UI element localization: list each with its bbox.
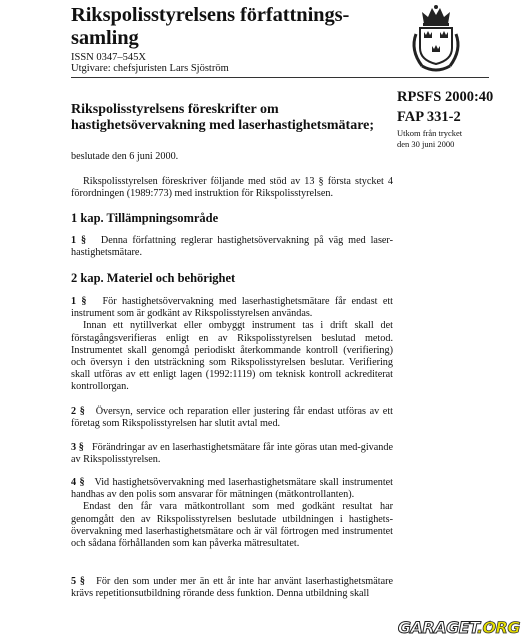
preamble: Rikspolisstyrelsen föreskriver följande … (71, 176, 393, 200)
publication-title: Rikspolisstyrelsens författnings-samling (71, 4, 411, 50)
publisher: Utgivare: chefsjuristen Lars Sjöström (71, 63, 229, 75)
chapter-2-section-2: 2 § Översyn, service och reparation elle… (71, 406, 393, 430)
watermark-text: GARAGET (398, 618, 477, 637)
decided-date: beslutade den 6 juni 2000. (71, 151, 393, 163)
printed-line-2: den 30 juni 2000 (397, 139, 462, 150)
publication-date: Utkom från trycket den 30 juni 2000 (397, 128, 462, 149)
chapter-2-heading: 2 kap. Materiel och behörighet (71, 271, 235, 285)
chapter-1-heading: 1 kap. Tillämpningsområde (71, 211, 218, 225)
swedish-crest-icon (406, 4, 466, 74)
section-text: Översyn, service och reparation eller ju… (71, 406, 393, 429)
section-text: Denna författning reglerar hastighetsöve… (71, 235, 393, 258)
chapter-2-section-4: 4 § Vid hastighetsövervakning med laserh… (71, 477, 393, 550)
section-number: 1 § (71, 235, 86, 246)
section-number: 5 § (71, 576, 85, 587)
chapter-2-section-3: 3 § Förändringar av en laserhastighetsmä… (71, 442, 393, 466)
section-text: Vid hastighetsövervakning med laserhasti… (71, 477, 393, 500)
chapter-1-section-1: 1 § Denna författning reglerar hastighet… (71, 235, 393, 259)
section-continuation: Endast den får vara mätkontrollant som m… (71, 501, 393, 550)
chapter-2-section-1: 1 § För hastighetsövervakning med laserh… (71, 296, 393, 394)
section-number: 2 § (71, 406, 85, 417)
fap-number: FAP 331-2 (397, 109, 461, 126)
section-number: 3 § (71, 442, 84, 453)
section-number: 1 § (71, 296, 87, 307)
header-divider (71, 77, 489, 78)
section-text: För den som under mer än ett år inte har… (71, 576, 393, 599)
watermark-logo: GARAGET.ORG (398, 619, 520, 637)
document-title: Rikspolisstyrelsens föreskrifter om hast… (71, 102, 391, 134)
section-number: 4 § (71, 477, 85, 488)
printed-line-1: Utkom från trycket (397, 128, 462, 139)
document-page: Rikspolisstyrelsens författnings-samling… (0, 0, 526, 640)
rpsfs-number: RPSFS 2000:40 (397, 89, 493, 106)
section-text: Förändringar av en laserhastighetsmätare… (71, 442, 393, 465)
chapter-2-section-5: 5 § För den som under mer än ett år inte… (71, 576, 393, 600)
section-continuation: Innan ett nytillverkat eller ombyggt ins… (71, 320, 393, 393)
section-text: För hastighetsövervakning med laserhasti… (71, 296, 393, 319)
watermark-domain: .ORG (477, 618, 520, 637)
